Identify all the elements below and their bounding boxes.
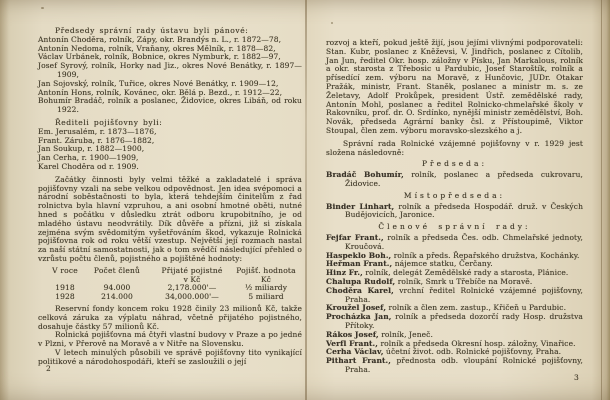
chairman-history-entry: Bohumír Bradáč, rolník a poslanec, Židov… xyxy=(38,97,302,115)
chairman-entry: Bradáč Bohumír, rolník, poslanec a předs… xyxy=(326,171,583,189)
vice-chairman-name: Binder Linhart, xyxy=(326,202,394,211)
growth-table: V roce Počet členů Přijaté pojistné Poji… xyxy=(44,267,296,302)
col-header-members: Počet členů xyxy=(86,267,148,276)
directors-list: Em. Jerusalém, r. 1873—1876,Frant. Zárub… xyxy=(38,128,302,172)
board-members-list: Fejfar Frant., rolník a předseda Čes. od… xyxy=(326,234,583,375)
cell-premiums: 34,000.000'— xyxy=(148,293,236,302)
chairman-heading: Předseda: xyxy=(326,160,583,169)
board-member-entry: Choděra Karel, vrchní ředitel Rolnické v… xyxy=(326,287,583,305)
page-number-left: 2 xyxy=(46,364,51,373)
page-number-right: 3 xyxy=(574,373,579,382)
page-left: Předsedy správní rady ústavu byli pánové… xyxy=(38,27,302,366)
board-member-entry: Fejfar Frant., rolník a předseda Čes. od… xyxy=(326,234,583,252)
cell-insured-value: 5 miliard xyxy=(236,293,296,302)
col-header-year: V roce xyxy=(44,267,86,276)
board-member-entry: Pithart Frant., přednosta odb. vloupání … xyxy=(326,357,583,375)
growth-table-header: V roce Počet členů Přijaté pojistné Poji… xyxy=(44,267,296,276)
board-member-entry: Procházka Jan, rolník a předseda dozorčí… xyxy=(326,313,583,331)
book-spread: Předsedy správní rady ústavu byli pánové… xyxy=(0,0,610,400)
board-members-heading: Členové správní rady: xyxy=(326,223,583,232)
page-fold-divider xyxy=(305,0,307,400)
vice-chairman-entry: Binder Linhart, rolník a předseda Hospod… xyxy=(326,203,583,221)
director-entry: Karel Choděra od r. 1909. xyxy=(38,163,302,172)
cell-members: 214.000 xyxy=(86,293,148,302)
page-right: rozvoj a kteří, pokud ještě žijí, jsou j… xyxy=(326,39,583,375)
table-row: 1928 214.000 34,000.000'— 5 miliard xyxy=(44,293,296,302)
chairman-name: Bradáč Bohumír, xyxy=(326,170,404,179)
buildings-paragraph: Rolnická pojišťovna má čtyři vlastní bud… xyxy=(38,331,302,349)
cell-year: 1928 xyxy=(44,293,86,302)
chairman-history-entry: Josef Syrový, rolník, Horky nad Jiz., ok… xyxy=(38,62,302,80)
board-intro-paragraph: Správní rada Rolnické vzájemné pojišťovn… xyxy=(326,140,583,158)
page-edge-line xyxy=(601,0,602,400)
supporters-paragraph: rozvoj a kteří, pokud ještě žijí, jsou j… xyxy=(326,39,583,136)
reserves-paragraph: Reservní fondy koncem roku 1928 činily 2… xyxy=(38,305,302,331)
politicians-paragraph: V letech minulých působili ve správě poj… xyxy=(38,349,302,367)
scan-speck xyxy=(41,7,44,9)
beginnings-paragraph: Začátky činnosti byly velmi těžké a zakl… xyxy=(38,176,302,264)
vice-chairman-heading: Místopředseda: xyxy=(326,192,583,201)
scan-speck xyxy=(331,22,333,24)
chairmen-list: Antonín Choděra, rolník, Zápy, okr. Bran… xyxy=(38,36,302,115)
